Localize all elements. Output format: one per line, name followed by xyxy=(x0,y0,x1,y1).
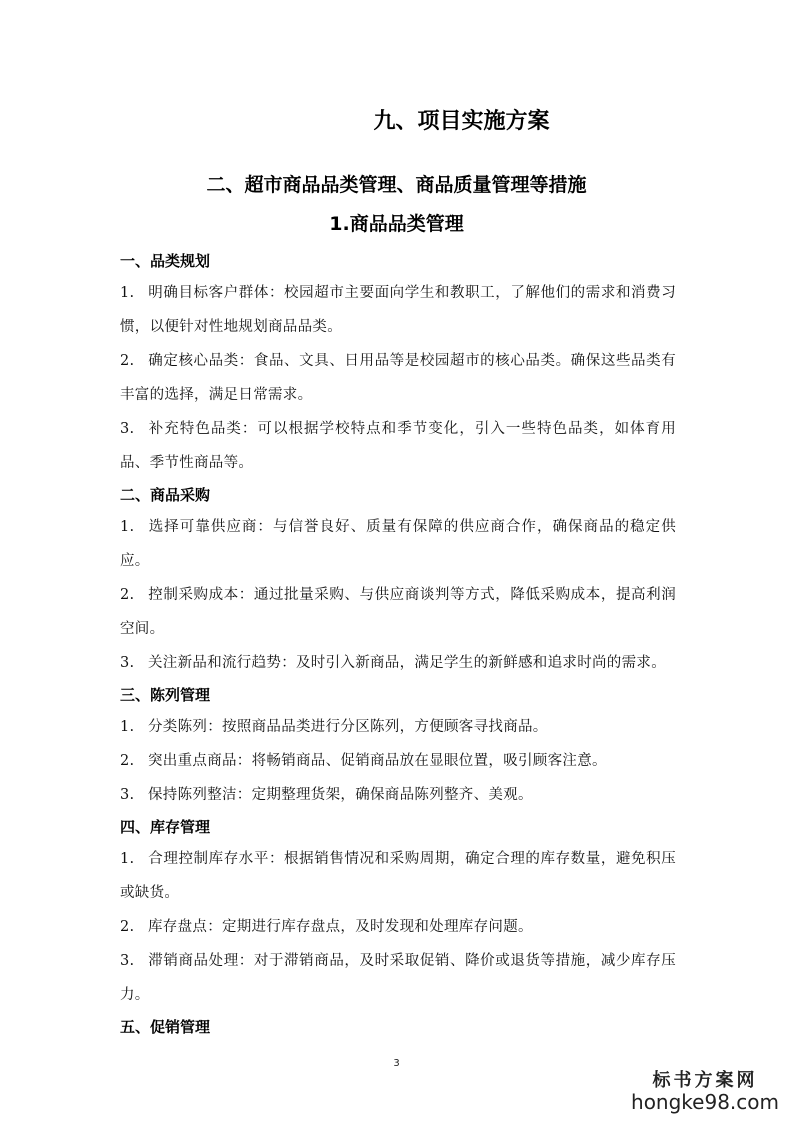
section-heading: 五、促销管理 xyxy=(120,1012,676,1042)
list-item: 2.确定核心品类：食品、文具、日用品等是校园超市的核心品类。确保这些品类有丰富的… xyxy=(120,344,676,412)
item-number: 3. xyxy=(120,778,148,812)
item-text: 合理控制库存水平：根据销售情况和采购周期，确定合理的库存数量，避免积压或缺货。 xyxy=(120,851,676,901)
list-item: 1.合理控制库存水平：根据销售情况和采购周期，确定合理的库存数量，避免积压或缺货… xyxy=(120,842,676,910)
item-number: 2. xyxy=(120,578,148,612)
list-item: 2.库存盘点：定期进行库存盘点，及时发现和处理库存问题。 xyxy=(120,910,676,944)
list-item: 1.选择可靠供应商：与信誉良好、质量有保障的供应商合作，确保商品的稳定供应。 xyxy=(120,510,676,578)
document-body: 一、品类规划 1.明确目标客户群体：校园超市主要面向学生和教职工，了解他们的需求… xyxy=(120,246,676,1042)
section-heading: 四、库存管理 xyxy=(120,812,676,842)
item-text: 补充特色品类：可以根据学校特点和季节变化，引入一些特色品类，如体育用品、季节性商… xyxy=(120,421,676,471)
list-item: 2.控制采购成本：通过批量采购、与供应商谈判等方式，降低采购成本，提高利润空间。 xyxy=(120,578,676,646)
list-item: 3.滞销商品处理：对于滞销商品，及时采取促销、降价或退货等措施，减少库存压力。 xyxy=(120,944,676,1012)
list-item: 2.突出重点商品：将畅销商品、促销商品放在显眼位置，吸引顾客注意。 xyxy=(120,744,676,778)
list-item: 3.保持陈列整洁：定期整理货架，确保商品陈列整齐、美观。 xyxy=(120,778,676,812)
item-number: 3. xyxy=(120,412,148,446)
watermark-en: hongke98.com xyxy=(631,1090,779,1114)
item-number: 1. xyxy=(120,842,148,876)
item-text: 库存盘点：定期进行库存盘点，及时发现和处理库存问题。 xyxy=(148,919,533,935)
item-text: 明确目标客户群体：校园超市主要面向学生和教职工，了解他们的需求和消费习惯，以便针… xyxy=(120,285,676,335)
item-text: 关注新品和流行趋势：及时引入新商品，满足学生的新鲜感和追求时尚的需求。 xyxy=(148,655,666,671)
item-text: 突出重点商品：将畅销商品、促销商品放在显眼位置，吸引顾客注意。 xyxy=(148,753,607,769)
item-number: 3. xyxy=(120,944,148,978)
item-number: 2. xyxy=(120,744,148,778)
item-number: 1. xyxy=(120,510,148,544)
section-heading: 二、商品采购 xyxy=(120,480,676,510)
list-item: 3.补充特色品类：可以根据学校特点和季节变化，引入一些特色品类，如体育用品、季节… xyxy=(120,412,676,480)
list-item: 1.明确目标客户群体：校园超市主要面向学生和教职工，了解他们的需求和消费习惯，以… xyxy=(120,276,676,344)
watermark-cn: 标书方案网 xyxy=(631,1066,779,1092)
section-heading: 一、品类规划 xyxy=(120,246,676,276)
section-title: 二、超市商品品类管理、商品质量管理等措施 xyxy=(0,170,793,197)
item-number: 3. xyxy=(120,646,148,680)
item-number: 1. xyxy=(120,276,148,310)
item-text: 选择可靠供应商：与信誉良好、质量有保障的供应商合作，确保商品的稳定供应。 xyxy=(120,519,676,569)
item-text: 分类陈列：按照商品品类进行分区陈列，方便顾客寻找商品。 xyxy=(148,719,548,735)
section-heading: 三、陈列管理 xyxy=(120,680,676,710)
chapter-title: 九、项目实施方案 xyxy=(0,104,793,135)
item-number: 1. xyxy=(120,710,148,744)
item-number: 2. xyxy=(120,344,148,378)
item-text: 保持陈列整洁：定期整理货架，确保商品陈列整齐、美观。 xyxy=(148,787,533,803)
item-text: 滞销商品处理：对于滞销商品，及时采取促销、降价或退货等措施，减少库存压力。 xyxy=(120,953,676,1003)
item-text: 控制采购成本：通过批量采购、与供应商谈判等方式，降低采购成本，提高利润空间。 xyxy=(120,587,676,637)
watermark: 标书方案网 hongke98.com xyxy=(631,1066,779,1114)
item-number: 2. xyxy=(120,910,148,944)
subsection-title: 1.商品品类管理 xyxy=(0,209,793,236)
list-item: 1.分类陈列：按照商品品类进行分区陈列，方便顾客寻找商品。 xyxy=(120,710,676,744)
list-item: 3.关注新品和流行趋势：及时引入新商品，满足学生的新鲜感和追求时尚的需求。 xyxy=(120,646,676,680)
item-text: 确定核心品类：食品、文具、日用品等是校园超市的核心品类。确保这些品类有丰富的选择… xyxy=(120,353,676,403)
